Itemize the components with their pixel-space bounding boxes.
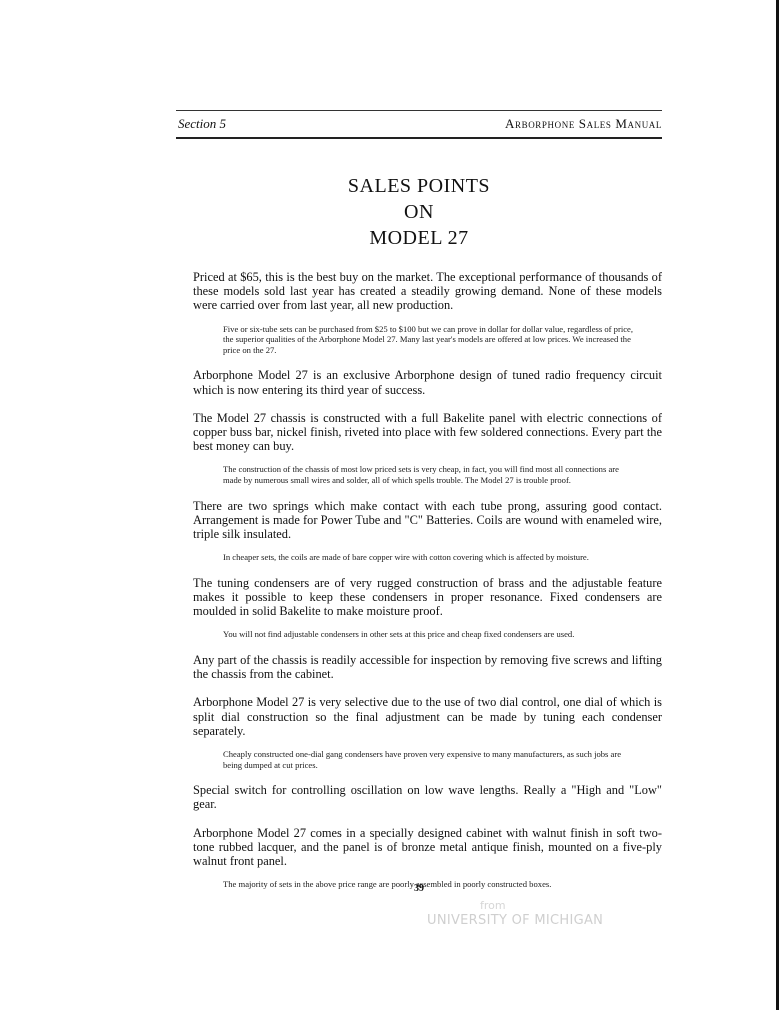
- sales-point-cabinet: Arborphone Model 27 comes in a specially…: [193, 826, 662, 869]
- note-coils: In cheaper sets, the coils are made of b…: [223, 552, 634, 563]
- sales-point-switch: Special switch for controlling oscillati…: [193, 783, 662, 811]
- note-price: Five or six-tube sets can be purchased f…: [223, 324, 634, 356]
- sales-point-springs: There are two springs which make contact…: [193, 499, 662, 542]
- sales-points-body: Priced at $65, this is the best buy on t…: [176, 270, 662, 890]
- page-number: 39: [414, 883, 424, 894]
- title-line-2: ON: [176, 199, 662, 225]
- sales-point-condensers: The tuning condensers are of very rugged…: [193, 576, 662, 619]
- sales-point-design: Arborphone Model 27 is an exclusive Arbo…: [193, 368, 662, 396]
- sales-point-accessibility: Any part of the chassis is readily acces…: [193, 653, 662, 681]
- title-line-1: SALES POINTS: [176, 173, 662, 199]
- note-chassis: The construction of the chassis of most …: [223, 464, 634, 485]
- manual-page: Section 5 Arborphone Sales Manual SALES …: [176, 110, 662, 903]
- manual-title: Arborphone Sales Manual: [505, 116, 662, 132]
- page-title: SALES POINTS ON MODEL 27: [176, 173, 662, 251]
- watermark-from: from: [480, 899, 506, 912]
- sales-point-selectivity: Arborphone Model 27 is very selective du…: [193, 695, 662, 738]
- section-label: Section 5: [178, 116, 226, 132]
- sales-point-chassis: The Model 27 chassis is constructed with…: [193, 411, 662, 454]
- note-boxes: The majority of sets in the above price …: [223, 879, 634, 890]
- note-condensers: You will not find adjustable condensers …: [223, 629, 634, 640]
- title-line-3: MODEL 27: [176, 225, 662, 251]
- scan-edge-line: [776, 0, 779, 1010]
- watermark-institution: UNIVERSITY OF MICHIGAN: [427, 913, 603, 928]
- running-header: Section 5 Arborphone Sales Manual: [176, 110, 662, 139]
- watermark-logo-icon: ​: [260, 900, 360, 930]
- sales-point-price: Priced at $65, this is the best buy on t…: [193, 270, 662, 313]
- note-gang-condensers: Cheaply constructed one-dial gang conden…: [223, 749, 634, 770]
